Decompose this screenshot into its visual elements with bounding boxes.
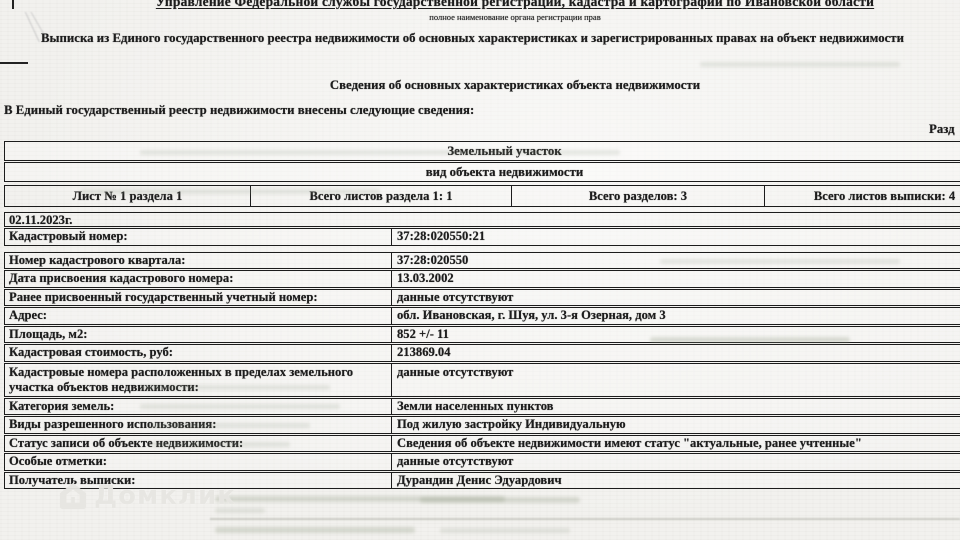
row-value: обл. Ивановская, г. Шуя, ул. 3-я Озерная… (392, 308, 960, 324)
table-row: Получатель выписки: Дурандин Денис Эдуар… (4, 472, 960, 490)
row-label: Ранее присвоенный государственный учетны… (5, 290, 392, 306)
row-value: данные отсутствуют (392, 364, 960, 396)
row-label: Кадастровый номер: (5, 229, 392, 245)
table-row: Особые отметки: данные отсутствуют (4, 453, 960, 471)
bleed-through-mark (420, 497, 580, 503)
bleed-through-mark (215, 496, 505, 502)
scanned-egrn-extract-page: Управление Федеральной службы государств… (0, 0, 960, 540)
table-row: Площадь, м2: 852 +/- 11 (4, 326, 960, 344)
table-row: Кадастровый номер: 37:28:020550:21 (4, 228, 960, 246)
section-heading: Сведения об основных характеристиках объ… (0, 78, 960, 93)
row-label: Особые отметки: (5, 454, 392, 470)
row-label: Номер кадастрового квартала: (5, 253, 392, 269)
intro-line: В Единый государственный реестр недвижим… (4, 103, 474, 118)
bleed-through-mark (215, 508, 265, 513)
details-table: 02.11.2023г. Кадастровый номер: 37:28:02… (4, 212, 960, 490)
row-value: Земли населенных пунктов (392, 399, 960, 415)
row-value: 13.03.2002 (392, 271, 960, 287)
table-row: Ранее присвоенный государственный учетны… (4, 289, 960, 307)
row-value: Сведения об объекте недвижимости имеют с… (392, 436, 960, 452)
table-row: Кадастровая стоимость, руб: 213869.04 (4, 344, 960, 362)
sheet-info-row: Лист № 1 раздела 1 Всего листов раздела … (4, 185, 960, 207)
org-title: Управление Федеральной службы государств… (0, 0, 960, 10)
sheet-number-cell: Лист № 1 раздела 1 (4, 185, 251, 207)
table-row: Номер кадастрового квартала: 37:28:02055… (4, 252, 960, 270)
section-label-cutoff: Разд (929, 122, 955, 137)
row-value: данные отсутствуют (392, 454, 960, 470)
row-label: Площадь, м2: (5, 327, 392, 343)
document-title: Выписка из Единого государственного реес… (0, 31, 945, 46)
table-row: Статус записи об объекте недвижимости: С… (4, 435, 960, 453)
row-label: Виды разрешенного использования: (5, 417, 392, 433)
table-row: Категория земель: Земли населенных пункт… (4, 398, 960, 416)
row-label: Получатель выписки: (5, 473, 392, 489)
section-sheets-cell: Всего листов раздела 1: 1 (251, 185, 512, 207)
row-label: Категория земель: (5, 399, 392, 415)
object-type-caption: вид объекта недвижимости (4, 162, 960, 182)
row-value: 213869.04 (392, 345, 960, 361)
table-row: Кадастровые номера расположенных в преде… (4, 363, 960, 397)
row-label: Кадастровые номера расположенных в преде… (5, 364, 392, 396)
bleed-through-mark (700, 62, 900, 67)
table-row: Дата присвоения кадастрового номера: 13.… (4, 270, 960, 288)
row-value: 852 +/- 11 (392, 327, 960, 343)
org-subtitle: полное наименование органа регистрации п… (0, 12, 960, 22)
row-value: данные отсутствуют (392, 290, 960, 306)
bleed-through-streak (210, 518, 960, 520)
row-value: Дурандин Денис Эдуардович (392, 473, 960, 489)
scan-artifact-horizontal-line (0, 62, 28, 64)
total-extract-sheets-cell: Всего листов выписки: 4 (765, 185, 960, 207)
row-label: Дата присвоения кадастрового номера: (5, 271, 392, 287)
row-label: Адрес: (5, 308, 392, 324)
row-value: Под жилую застройку Индивидуальную (392, 417, 960, 433)
object-type-value: Земельный участок (4, 141, 960, 161)
total-sections-cell: Всего разделов: 3 (512, 185, 765, 207)
table-row: Адрес: обл. Ивановская, г. Шуя, ул. 3-я … (4, 307, 960, 325)
row-label: Кадастровая стоимость, руб: (5, 345, 392, 361)
extract-date-row: 02.11.2023г. (4, 212, 960, 227)
table-row: Виды разрешенного использования: Под жил… (4, 416, 960, 434)
row-label: Статус записи об объекте недвижимости: (5, 436, 392, 452)
bleed-through-mark (215, 527, 415, 533)
row-value: 37:28:020550:21 (392, 229, 960, 245)
bleed-through-mark (440, 528, 570, 533)
row-value: 37:28:020550 (392, 253, 960, 269)
